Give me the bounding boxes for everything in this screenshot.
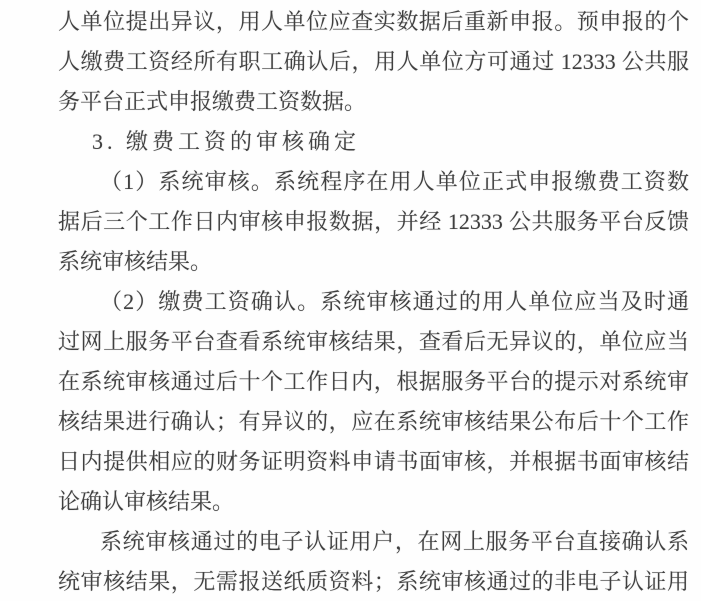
text-line: 论确认审核结果。 bbox=[58, 482, 689, 522]
text-line: 人缴费工资经所有职工确认后，用人单位方可通过 12333 公共服 bbox=[58, 42, 689, 82]
text-line: 核结果进行确认；有异议的，应在系统审核结果公布后十个工作 bbox=[58, 402, 689, 442]
text-line: 务平台正式申报缴费工资数据。 bbox=[58, 82, 689, 122]
document-page: 人单位提出异议，用人单位应查实数据后重新申报。预申报的个人缴费工资经所有职工确认… bbox=[0, 0, 701, 601]
section-heading-line: 3. 缴费工资的审核确定 bbox=[58, 122, 689, 162]
text-line: 据后三个工作日内审核申报数据，并经 12333 公共服务平台反馈 bbox=[58, 202, 689, 242]
text-line: 人单位提出异议，用人单位应查实数据后重新申报。预申报的个 bbox=[58, 2, 689, 42]
text-line: 系统审核结果。 bbox=[58, 242, 689, 282]
text-line: 在系统审核通过后十个工作日内，根据服务平台的提示对系统审 bbox=[58, 362, 689, 402]
text-line: 日内提供相应的财务证明资料申请书面审核，并根据书面审核结 bbox=[58, 442, 689, 482]
text-line: （2）缴费工资确认。系统审核通过的用人单位应当及时通 bbox=[58, 282, 689, 322]
text-line: 系统审核通过的电子认证用户，在网上服务平台直接确认系 bbox=[58, 522, 689, 562]
text-line: （1）系统审核。系统程序在用人单位正式申报缴费工资数 bbox=[58, 162, 689, 202]
text-line: 统审核结果，无需报送纸质资料；系统审核通过的非电子认证用 bbox=[58, 562, 689, 601]
text-line: 过网上服务平台查看系统审核结果，查看后无异议的，单位应当 bbox=[58, 322, 689, 362]
text-block: 人单位提出异议，用人单位应查实数据后重新申报。预申报的个人缴费工资经所有职工确认… bbox=[0, 0, 701, 601]
